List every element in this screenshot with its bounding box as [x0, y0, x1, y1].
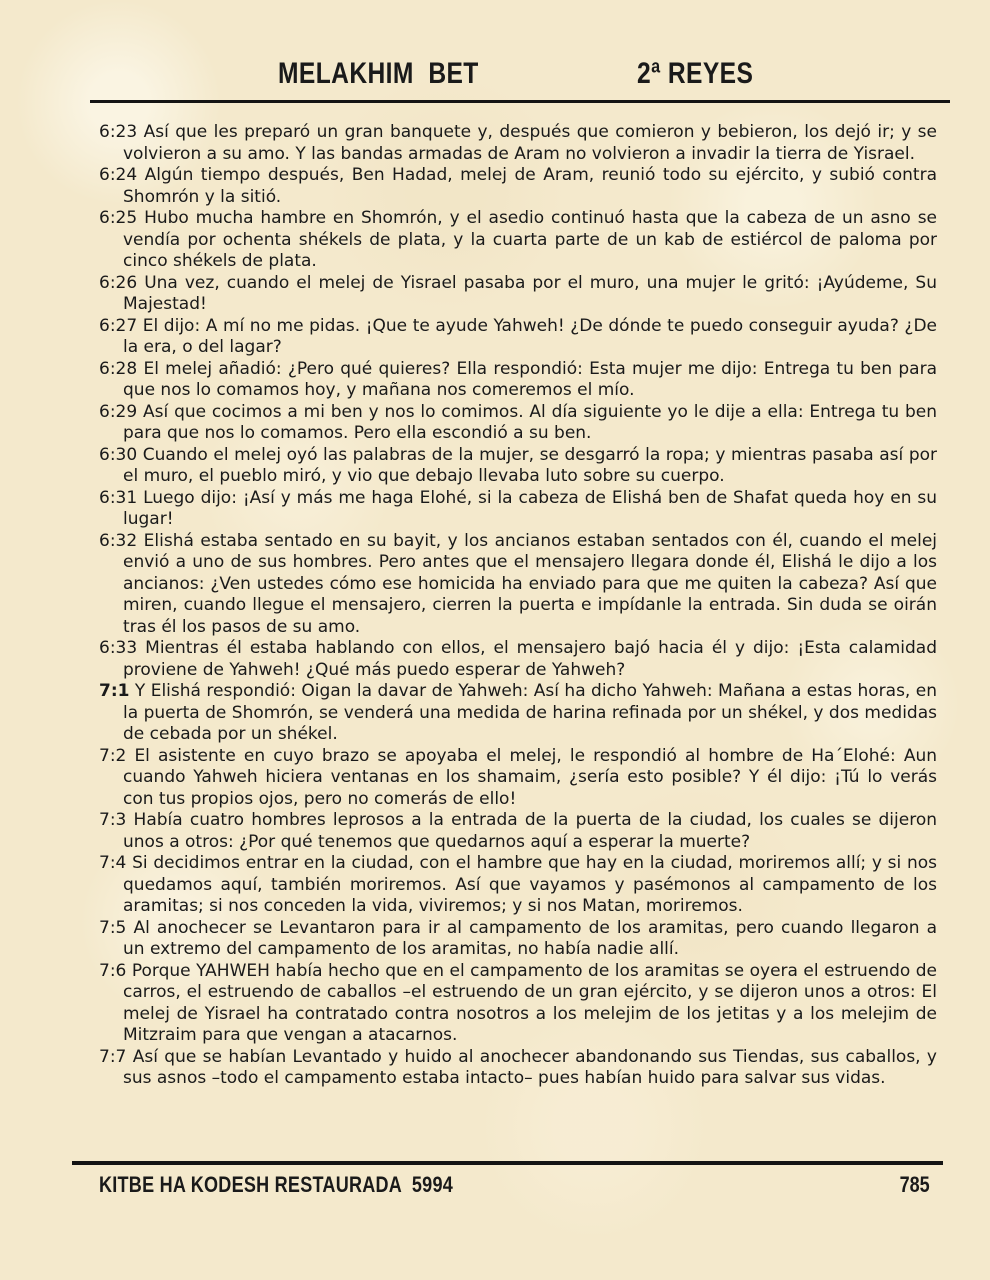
verse-number: 6:32 — [99, 531, 137, 551]
verse: 6:24 Algún tiempo después, Ben Hadad, me… — [99, 165, 937, 208]
verse-text: Una vez, cuando el melej de Yisrael pasa… — [123, 273, 937, 315]
verse-number: 6:28 — [99, 359, 137, 379]
verse-number: 7:5 — [99, 918, 126, 938]
verse: 6:23 Así que les preparó un gran banquet… — [99, 122, 937, 165]
verse-text: Porque YAHWEH había hecho que en el camp… — [123, 961, 937, 1046]
verse-number: 6:29 — [99, 402, 137, 422]
header-rule — [90, 100, 950, 103]
verse-text: Así que se habían Levantado y huido al a… — [123, 1047, 937, 1089]
verse-number: 7:1 — [99, 681, 129, 701]
footer-edition-title: KITBE HA KODESH RESTAURADA 5994 — [99, 1172, 453, 1198]
verse-text: Algún tiempo después, Ben Hadad, melej d… — [123, 165, 937, 207]
verse-number: 6:24 — [99, 165, 137, 185]
verse-number: 7:4 — [99, 853, 126, 873]
verse: 6:27 El dijo: A mí no me pidas. ¡Que te … — [99, 316, 937, 359]
verse-text: Había cuatro hombres leprosos a la entra… — [123, 810, 937, 852]
verse: 6:33 Mientras él estaba hablando con ell… — [99, 638, 937, 681]
verse: 6:25 Hubo mucha hambre en Shomrón, y el … — [99, 208, 937, 273]
page-number: 785 — [900, 1172, 930, 1198]
header-title-right: 2ª REYES — [637, 56, 753, 92]
text-body: 6:23 Así que les preparó un gran banquet… — [99, 122, 937, 1090]
verse: 6:31 Luego dijo: ¡Así y más me haga Eloh… — [99, 488, 937, 531]
verse-text: El dijo: A mí no me pidas. ¡Que te ayude… — [123, 316, 937, 358]
verse-number: 6:25 — [99, 208, 137, 228]
verse-number: 6:31 — [99, 488, 137, 508]
verse-text: Cuando el melej oyó las palabras de la m… — [123, 445, 937, 487]
verse: 6:29 Así que cocimos a mi ben y nos lo c… — [99, 402, 937, 445]
verse-text: El melej añadió: ¿Pero qué quieres? Ella… — [123, 359, 937, 401]
verse-number: 6:26 — [99, 273, 137, 293]
header-title-left: MELAKHIM BET — [278, 56, 479, 92]
verse-text: Así que cocimos a mi ben y nos lo comimo… — [123, 402, 937, 444]
verse-text: Al anochecer se Levantaron para ir al ca… — [123, 918, 937, 960]
verse: 7:5 Al anochecer se Levantaron para ir a… — [99, 918, 937, 961]
verse-text: Y Elishá respondió: Oigan la davar de Ya… — [123, 681, 937, 744]
verse-text: Hubo mucha hambre en Shomrón, y el asedi… — [123, 208, 937, 271]
verse-number: 7:3 — [99, 810, 126, 830]
verse: 7:2 El asistente en cuyo brazo se apoyab… — [99, 746, 937, 811]
verse: 7:6 Porque YAHWEH había hecho que en el … — [99, 961, 937, 1047]
verse-number: 6:30 — [99, 445, 137, 465]
verse: 7:3 Había cuatro hombres leprosos a la e… — [99, 810, 937, 853]
verse-number: 7:6 — [99, 961, 126, 981]
verse-text: El asistente en cuyo brazo se apoyaba el… — [123, 746, 937, 809]
verse-text: Así que les preparó un gran banquete y, … — [123, 122, 937, 164]
verse-number: 7:2 — [99, 746, 126, 766]
verse-text: Mientras él estaba hablando con ellos, e… — [123, 638, 937, 680]
verse-text: Elishá estaba sentado en su bayit, y los… — [123, 531, 937, 637]
verse: 6:30 Cuando el melej oyó las palabras de… — [99, 445, 937, 488]
footer-rule — [72, 1161, 943, 1165]
document-page: MELAKHIM BET 2ª REYES 6:23 Así que les p… — [0, 0, 990, 1280]
verse: 7:4 Si decidimos entrar en la ciudad, co… — [99, 853, 937, 918]
verse: 7:7 Así que se habían Levantado y huido … — [99, 1047, 937, 1090]
verse-number: 7:7 — [99, 1047, 126, 1067]
verse: 6:26 Una vez, cuando el melej de Yisrael… — [99, 273, 937, 316]
verse: 6:28 El melej añadió: ¿Pero qué quieres?… — [99, 359, 937, 402]
verse-number: 6:27 — [99, 316, 137, 336]
verse: 6:32 Elishá estaba sentado en su bayit, … — [99, 531, 937, 639]
verse: 7:1 Y Elishá respondió: Oigan la davar d… — [99, 681, 937, 746]
verse-text: Si decidimos entrar en la ciudad, con el… — [123, 853, 937, 916]
verse-number: 6:33 — [99, 638, 137, 658]
verse-text: Luego dijo: ¡Así y más me haga Elohé, si… — [123, 488, 937, 530]
verse-number: 6:23 — [99, 122, 137, 142]
